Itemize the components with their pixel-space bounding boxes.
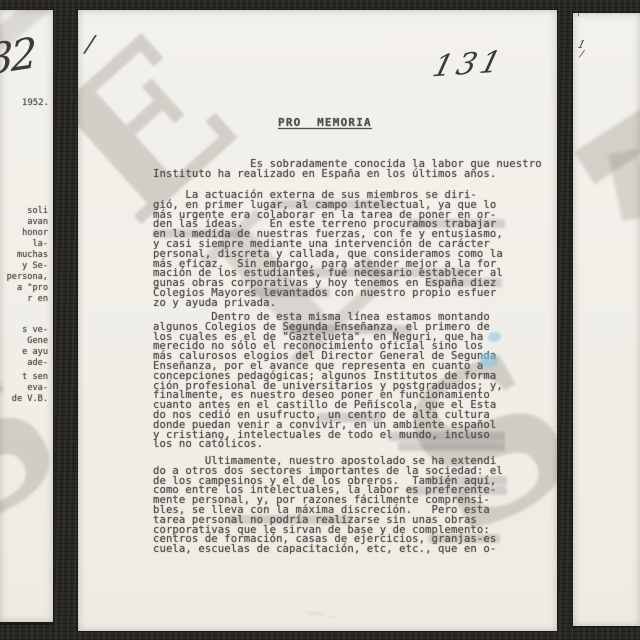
center-page-pen-mark: / [85,32,96,57]
left-page-handwritten-number: 32 [0,32,35,82]
watermark-right [573,13,640,626]
paragraph-4: Ultimamente, nuestro apostolado se ha ex… [153,457,503,555]
scanned-document-spread: S 32 1952. soli avan honor la- muchas y … [0,0,640,640]
document-title: PRO MEMORIA [278,116,372,129]
blue-pencil-mark-1 [480,353,498,368]
left-page-text-fragment-1: soli avan honor la- muchas y Se- persona… [7,206,48,305]
left-page: S 32 1952. soli avan honor la- muchas y … [0,10,53,624]
left-page-text-fragment-2: s ve- Gene e ayu ade- [22,325,48,369]
left-page-text-fragment-3: t sen eva- de V.B. [12,372,48,405]
paragraph-1: Es sobradamente conocida la labor que nu… [153,160,542,180]
right-page-pen-mark-1: ' [577,14,580,24]
right-page: ' 1 / [573,13,640,626]
ink-smudge [325,616,337,618]
watermark-piece [574,76,640,184]
center-page-number: 131 [429,48,507,83]
right-page-pen-mark-3: / [579,50,584,60]
watermark-piece [608,149,640,222]
paragraph-3: Dentro de esta misma línea estamos monta… [153,313,503,450]
center-page: ELS / 131 PRO MEMORIA Es sobradamente co… [78,10,557,631]
ink-smudge [307,612,323,615]
paragraph-2: La actuación externa de sus miembros se … [153,191,503,309]
left-page-year: 1952. [22,98,49,108]
